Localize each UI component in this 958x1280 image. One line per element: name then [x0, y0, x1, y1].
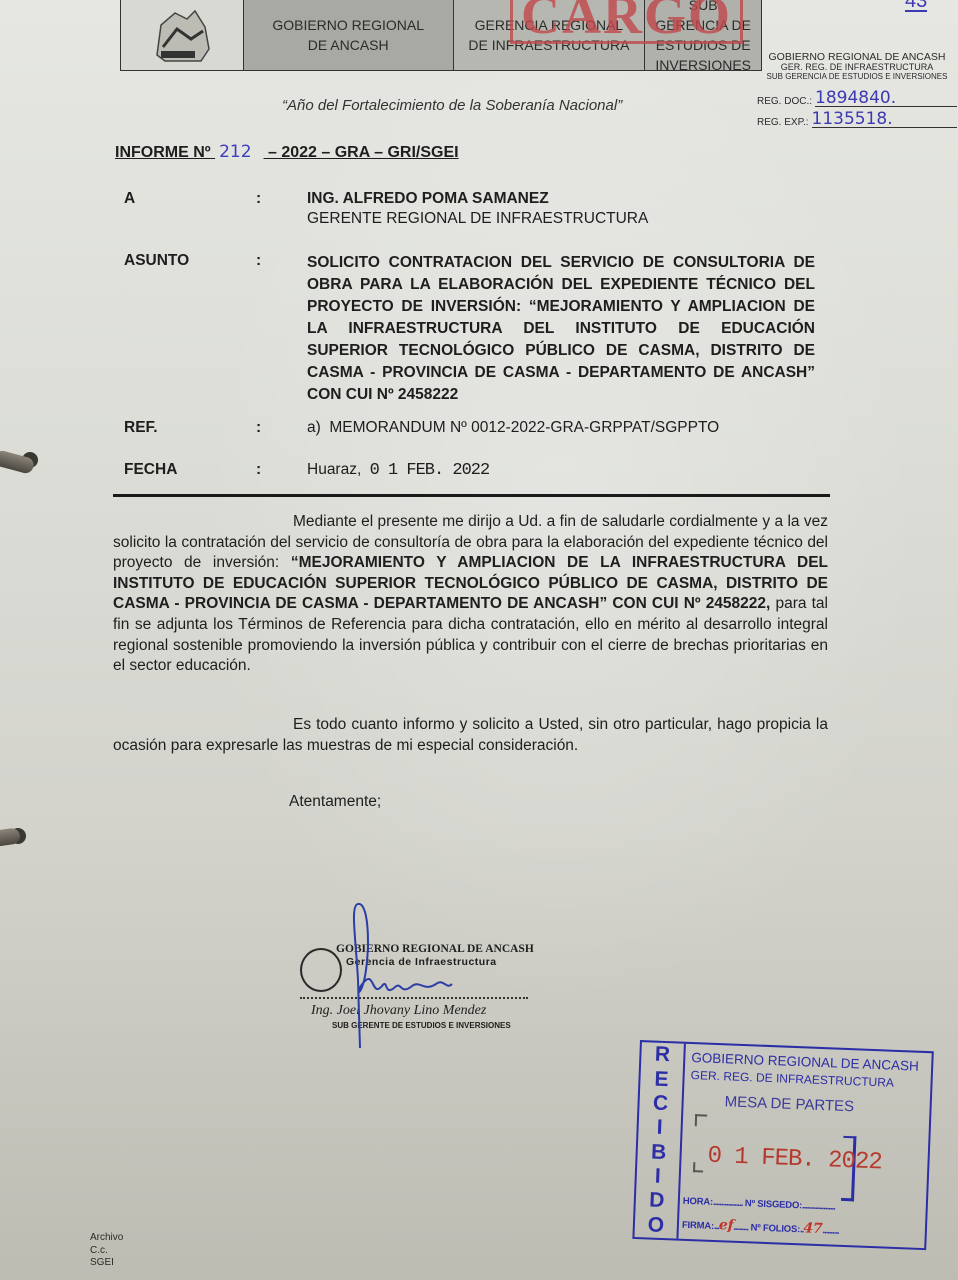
firma-label: FIRMA:	[682, 1220, 714, 1232]
recibido-letter: E	[654, 1067, 669, 1092]
stamp-date: 0 1 FEB. 2022	[707, 1143, 882, 1177]
field-a-colon: :	[256, 190, 261, 208]
footer-line: SGEI	[90, 1257, 123, 1270]
footer-line: Archivo	[90, 1232, 123, 1245]
field-fecha-colon: :	[256, 461, 261, 479]
recipient-title: GERENTE REGIONAL DE INFRAESTRUCTURA	[307, 210, 815, 228]
field-fecha-label: FECHA	[124, 461, 177, 479]
regional-logo	[121, 0, 244, 70]
fecha-place: Huaraz,	[307, 461, 361, 478]
ancash-logo-icon	[147, 5, 217, 65]
field-ref-label: REF.	[124, 419, 158, 437]
field-a-label: A	[124, 190, 135, 208]
sisgedo-label: Nº SISGEDO:	[745, 1198, 803, 1211]
firma-value: ef	[719, 1217, 734, 1234]
registry-line1: GOBIERNO REGIONAL DE ANCASH	[757, 52, 957, 62]
folios-label: Nº FOLIOS:	[750, 1222, 800, 1235]
received-stamp: R E C I B I D O GOBIERNO REGIONAL DE ANC…	[632, 1040, 933, 1250]
field-ref-colon: :	[256, 419, 261, 437]
cargo-stamp: CARGO	[510, 0, 743, 44]
footer-line: C.c.	[90, 1245, 123, 1258]
field-ref-value: a) MEMORANDUM Nº 0012-2022-GRA-GRPPAT/SG…	[307, 419, 815, 437]
reg-doc-row: REG. DOC.: 1894840.	[757, 90, 957, 107]
reg-doc-value: 1894840.	[815, 90, 957, 107]
closing: Atentamente;	[289, 792, 589, 813]
stamp-hora-row: HORA:.................. Nº SISGEDO:.....…	[683, 1196, 835, 1213]
informe-number: 212	[219, 142, 251, 162]
informe-prefix: INFORME Nº	[115, 144, 211, 161]
bracket-mark	[695, 1114, 707, 1126]
recipient-name: ING. ALFREDO POMA SAMANEZ	[307, 190, 815, 208]
reg-exp-value: 1135518.	[812, 111, 957, 128]
fecha-date-stamp: 0 1 FEB. 2022	[370, 461, 490, 480]
recibido-letter: I	[654, 1165, 661, 1189]
reg-exp-row: REG. EXP.: 1135518.	[757, 111, 957, 128]
stamp-firma-row: FIRMA:...ef......... Nº FOLIOS:..47.....…	[682, 1216, 839, 1238]
field-asunto-colon: :	[256, 252, 261, 270]
body-paragraph-2: Es todo cuanto informo y solicito a Uste…	[113, 715, 828, 756]
field-a-value: ING. ALFREDO POMA SAMANEZ GERENTE REGION…	[307, 190, 815, 228]
reg-exp-label: REG. EXP.:	[757, 118, 809, 128]
page-number: 43	[905, 0, 927, 12]
registry-stamp: GOBIERNO REGIONAL DE ANCASH GER. REG. DE…	[757, 52, 957, 128]
field-fecha-value: Huaraz, 0 1 FEB. 2022	[307, 461, 815, 480]
bracket-mark	[693, 1162, 703, 1172]
recibido-letter: B	[651, 1140, 667, 1165]
recibido-letter: O	[647, 1213, 664, 1238]
header-cell-gobierno: GOBIERNO REGIONAL DE ANCASH	[244, 0, 454, 70]
year-motto: “Año del Fortalecimiento de la Soberanía…	[282, 97, 622, 114]
recibido-letter: R	[654, 1043, 670, 1068]
registry-line2: GER. REG. DE INFRAESTRUCTURA	[757, 62, 957, 72]
recibido-letter: C	[653, 1091, 669, 1116]
separator-line	[113, 494, 830, 497]
recibido-vertical: R E C I B I D O	[634, 1042, 685, 1239]
registry-line3: SUB GERENCIA DE ESTUDIOS E INVERSIONES	[757, 72, 957, 82]
handwritten-signature-icon	[340, 900, 480, 1050]
footer-copies: Archivo C.c. SGEI	[90, 1232, 123, 1270]
recibido-letter: I	[656, 1116, 663, 1140]
field-asunto-label: ASUNTO	[124, 252, 189, 270]
body-paragraph-1: Mediante el presente me dirijo a Ud. a f…	[113, 512, 828, 677]
reg-doc-label: REG. DOC.:	[757, 97, 812, 107]
informe-suffix: – 2022 – GRA – GRI/SGEI	[268, 144, 459, 161]
informe-title: INFORME Nº 212 – 2022 – GRA – GRI/SGEI	[115, 142, 459, 162]
stamp-line3: MESA DE PARTES	[724, 1093, 854, 1115]
hora-label: HORA:	[683, 1196, 714, 1208]
recibido-letter: D	[649, 1189, 665, 1214]
binder-ring	[0, 827, 21, 848]
field-asunto-value: SOLICITO CONTRATACION DEL SERVICIO DE CO…	[307, 252, 815, 406]
folios-value: 47	[803, 1220, 823, 1237]
